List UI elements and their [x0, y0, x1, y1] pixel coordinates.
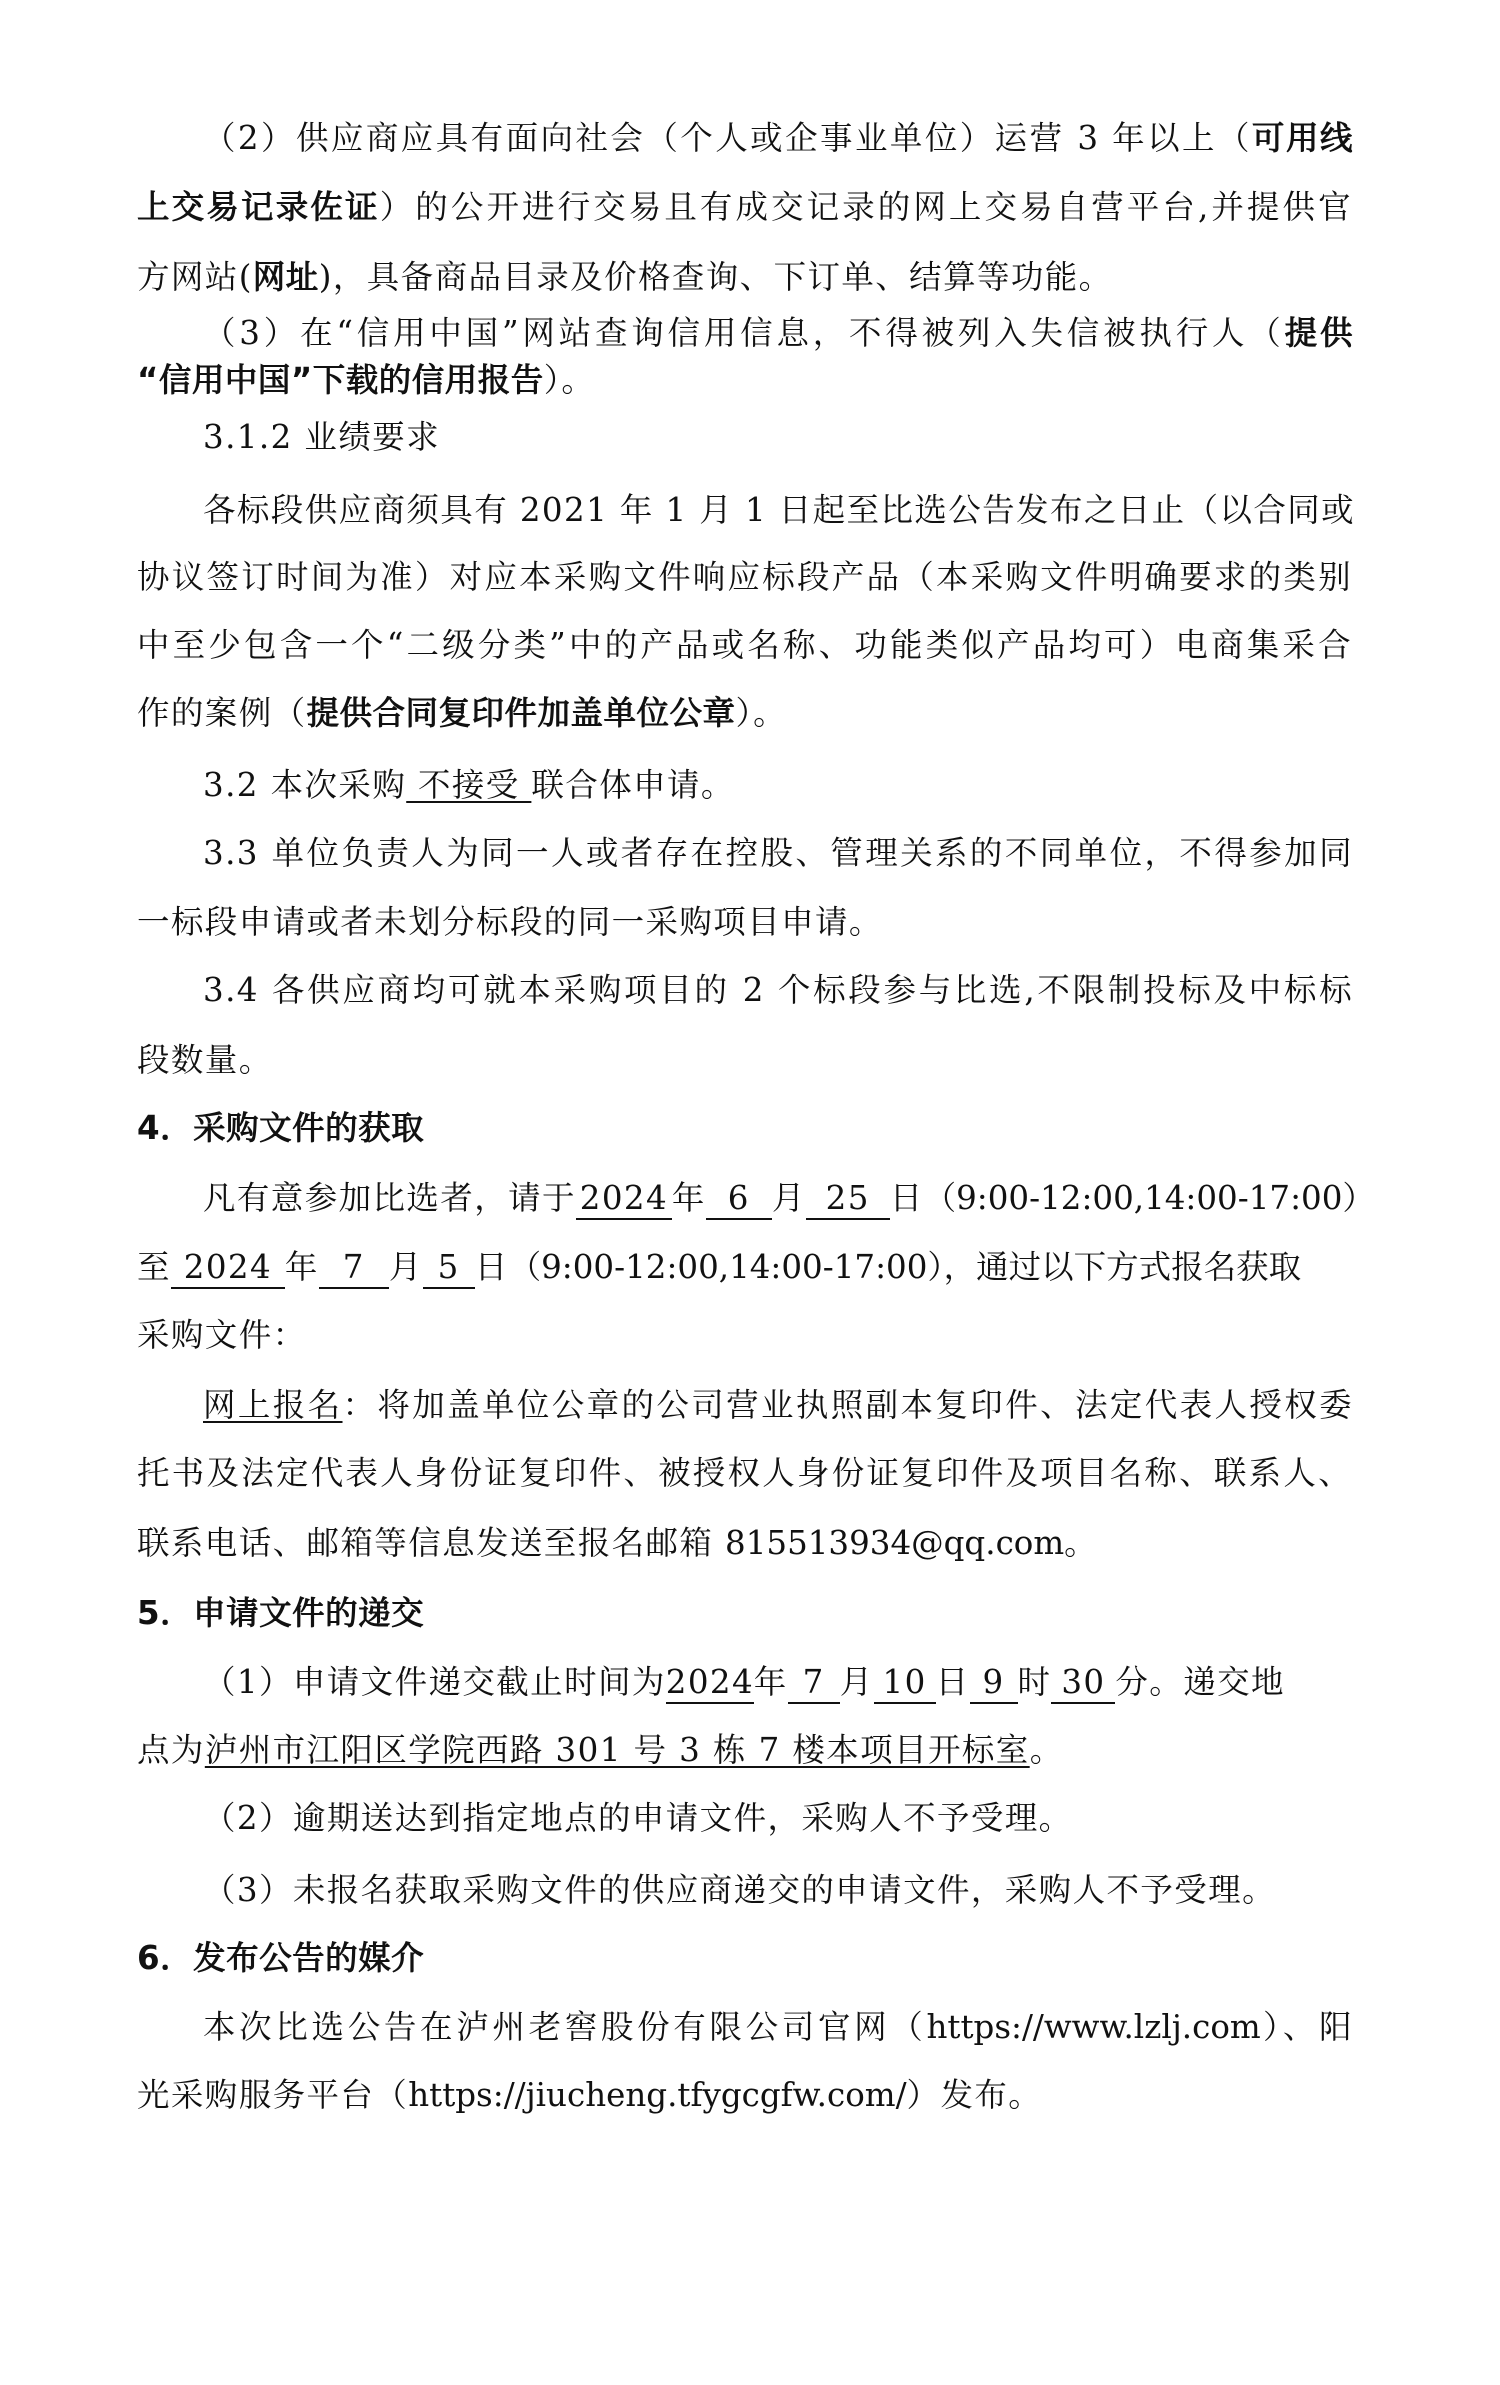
item-2-line-2: 上交易记录佐证）的公开进行交易且有成交记录的网上交易自营平台,并提供官 [137, 183, 1352, 231]
online-registration-line-3: 联系电话、邮箱等信息发送至报名邮箱 815513934@qq.com。 [137, 1519, 1352, 1567]
section-4-line-3: 采购文件： [137, 1311, 1352, 1359]
deadline-day-label: 日 [936, 1663, 970, 1701]
document-page: （2）供应商应具有面向社会（个人或企事业单位）运营 3 年以上（可用线 上交易记… [0, 0, 1500, 2385]
year-label: 年 [672, 1179, 706, 1217]
item-3-bold-report: “信用中国”下载的信用报告 [137, 361, 544, 399]
item-3-suffix: ）。 [544, 361, 596, 399]
section-3-1-2-title: 3.1.2 业绩要求 [203, 413, 1353, 461]
year-label-2: 年 [285, 1248, 319, 1286]
section-6-heading: 6．发布公告的媒介 [137, 1934, 1352, 1982]
section-5-heading: 5．申请文件的递交 [137, 1589, 1352, 1637]
performance-bold-contract: 提供合同复印件加盖单位公章 [307, 694, 736, 732]
consortium-prefix: 3.2 本次采购 [203, 766, 406, 804]
item-2-functions: )，具备商品目录及价格查询、下订单、结算等功能。 [319, 258, 1113, 296]
jiucheng-url: https://jiucheng.tfygcgfw.com/ [408, 2076, 906, 2114]
online-registration-label: 网上报名 [203, 1386, 343, 1424]
media-prefix: 本次比选公告在泸州老窖股份有限公司官网（ [203, 2008, 926, 2046]
performance-line-3: 中至少包含一个“二级分类”中的产品或名称、功能类似产品均可）电商集采合 [137, 621, 1352, 669]
deadline-minute-field: 30 [1051, 1662, 1115, 1704]
location-suffix: 。 [1030, 1731, 1064, 1769]
deadline-month-field: 7 [788, 1662, 840, 1704]
section-5-item-3: （3）未报名获取采购文件的供应商递交的申请文件，采购人不予受理。 [203, 1866, 1353, 1914]
day-label: 日 [890, 1179, 924, 1217]
item-2-bold-evidence: 可用线 [1252, 119, 1353, 157]
to-label: 至 [137, 1248, 171, 1286]
online-registration-line-1: 网上报名：将加盖单位公章的公司营业执照副本复印件、法定代表人授权委 [203, 1381, 1353, 1429]
performance-line-1: 各标段供应商须具有 2021 年 1 月 1 日起至比选公告发布之日止（以合同或 [203, 486, 1353, 534]
consortium-not-accepted: 不接受 [406, 766, 531, 804]
section-4-line-2: 至2024年7月5日（9:00-12:00,14:00-17:00），通过以下方… [137, 1243, 1352, 1291]
item-2-bold-url: 网址 [253, 258, 319, 296]
start-month-field: 6 [706, 1178, 772, 1220]
item-2-website: 方网站( [137, 258, 253, 296]
deadline-prefix: （1）申请文件递交截止时间为 [203, 1663, 666, 1701]
item-3-line-1: （3）在“信用中国”网站查询信用信息，不得被列入失信被执行人（提供 [203, 309, 1353, 357]
media-suffix-2: ）发布。 [907, 2076, 1043, 2114]
month-label: 月 [772, 1179, 806, 1217]
section-5-item-2: （2）逾期送达到指定地点的申请文件，采购人不予受理。 [203, 1794, 1353, 1842]
deadline-year-field: 2024 [666, 1662, 754, 1704]
deadline-year-label: 年 [754, 1663, 788, 1701]
end-month-field: 7 [319, 1247, 389, 1289]
location-prefix: 点为 [137, 1731, 205, 1769]
hours-1: （9:00-12:00,14:00-17:00） [924, 1179, 1375, 1217]
section-3-3-line-2: 一标段申请或者未划分标段的同一采购项目申请。 [137, 898, 1352, 946]
online-registration-text-1: ：将加盖单位公章的公司营业执照副本复印件、法定代表人授权委 [343, 1386, 1353, 1424]
item-2-line-3: 方网站(网址)，具备商品目录及价格查询、下订单、结算等功能。 [137, 253, 1352, 301]
online-registration-line-2: 托书及法定代表人身份证复印件、被授权人身份证复印件及项目名称、联系人、 [137, 1449, 1352, 1497]
performance-case: 作的案例（ [137, 694, 307, 732]
item-3-prefix: （3）在“信用中国”网站查询信用信息，不得被列入失信被执行人（ [203, 314, 1285, 352]
start-year-field: 2024 [576, 1178, 672, 1220]
performance-line-2: 协议签订时间为准）对应本采购文件响应标段产品（本采购文件明确要求的类别 [137, 553, 1352, 601]
lzlj-url: https://www.lzlj.com [926, 2008, 1260, 2046]
deadline-hour-field: 9 [970, 1662, 1018, 1704]
acquire-intro: 凡有意参加比选者，请于 [203, 1179, 576, 1217]
performance-suffix: ）。 [736, 694, 788, 732]
section-4-line-1: 凡有意参加比选者，请于2024年6月25日（9:00-12:00,14:00-1… [203, 1174, 1373, 1222]
item-2-bold-evidence-cont: 上交易记录佐证 [137, 188, 380, 226]
deadline-minute-label: 分。递交地 [1115, 1663, 1285, 1701]
item-2-middle: ）的公开进行交易且有成交记录的网上交易自营平台,并提供官 [380, 188, 1352, 226]
media-platform: 光采购服务平台（ [137, 2076, 408, 2114]
online-registration-text-3: 联系电话、邮箱等信息发送至报名邮箱 [137, 1524, 725, 1562]
registration-email: 815513934@qq.com [725, 1524, 1064, 1562]
section-3-3-line-1: 3.3 单位负责人为同一人或者存在控股、管理关系的不同单位，不得参加同 [203, 829, 1353, 877]
section-6-line-2: 光采购服务平台（https://jiucheng.tfygcgfw.com/）发… [137, 2071, 1352, 2119]
deadline-day-field: 10 [874, 1662, 936, 1704]
section-6-line-1: 本次比选公告在泸州老窖股份有限公司官网（https://www.lzlj.com… [203, 2003, 1353, 2051]
section-3-4-line-2: 段数量。 [137, 1036, 1352, 1084]
end-day-field: 5 [423, 1247, 475, 1289]
submission-location: 泸州市江阳区学院西路 301 号 3 栋 7 楼本项目开标室 [205, 1731, 1030, 1769]
deadline-hour-label: 时 [1018, 1663, 1052, 1701]
media-suffix-1: ）、阳 [1261, 2008, 1353, 2046]
deadline-month-label: 月 [840, 1663, 874, 1701]
item-2-line-1: （2）供应商应具有面向社会（个人或企事业单位）运营 3 年以上（可用线 [203, 114, 1353, 162]
performance-line-4: 作的案例（提供合同复印件加盖单位公章）。 [137, 689, 1352, 737]
section-3-2: 3.2 本次采购 不接受 联合体申请。 [203, 761, 1353, 809]
section-5-item-1-line-1: （1）申请文件递交截止时间为2024年7月10日9时30分。递交地 [203, 1658, 1353, 1706]
day-label-2: 日 [475, 1248, 509, 1286]
section-4-heading: 4．采购文件的获取 [137, 1104, 1352, 1152]
item-3-line-2: “信用中国”下载的信用报告）。 [137, 356, 1352, 404]
section-5-item-1-line-2: 点为泸州市江阳区学院西路 301 号 3 栋 7 楼本项目开标室。 [137, 1726, 1352, 1774]
section-3-4-line-1: 3.4 各供应商均可就本采购项目的 2 个标段参与比选,不限制投标及中标标 [203, 966, 1353, 1014]
hours-2: （9:00-12:00,14:00-17:00），通过以下方式报名获取 [509, 1248, 1302, 1286]
consortium-suffix: 联合体申请。 [531, 766, 734, 804]
month-label-2: 月 [389, 1248, 423, 1286]
start-day-field: 25 [806, 1178, 890, 1220]
email-suffix: 。 [1064, 1524, 1098, 1562]
item-2-prefix: （2）供应商应具有面向社会（个人或企事业单位）运营 3 年以上（ [203, 119, 1252, 157]
end-year-field: 2024 [171, 1247, 285, 1289]
item-3-bold-provide: 提供 [1285, 314, 1353, 352]
